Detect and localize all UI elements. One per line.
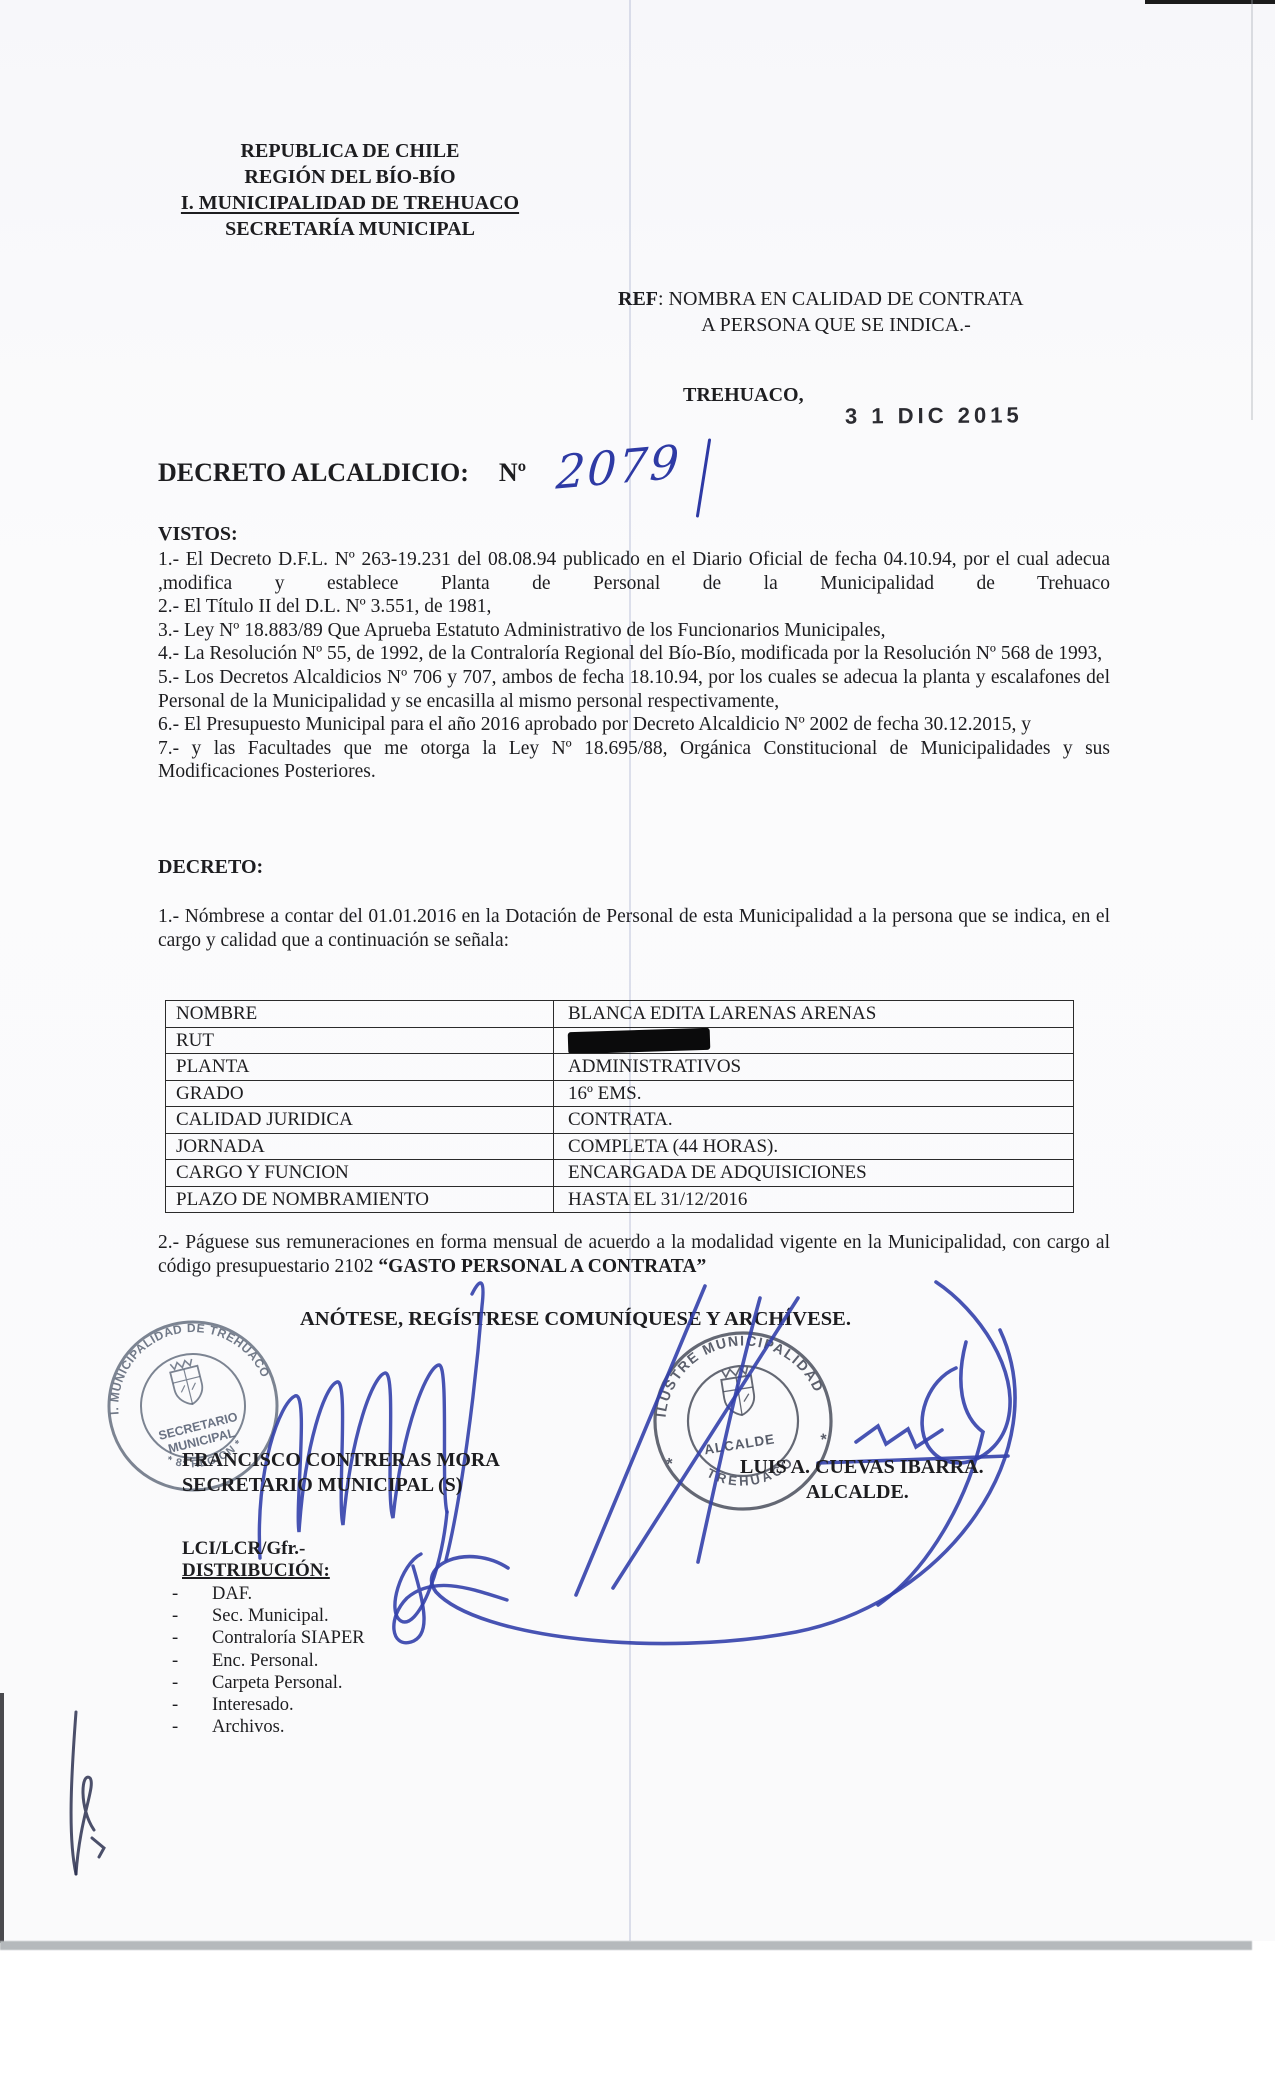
distribution-list: -DAF.-Sec. Municipal.-Contraloría SIAPER… <box>172 1583 365 1738</box>
table-row-label: NOMBRE <box>166 1001 554 1027</box>
table-row-label: PLAZO DE NOMBRAMIENTO <box>166 1187 554 1213</box>
distribution-item: -DAF. <box>172 1583 365 1605</box>
distribution-dash: - <box>172 1650 212 1672</box>
distribution-item: -Sec. Municipal. <box>172 1605 365 1627</box>
letterhead-country: REPUBLICA DE CHILE <box>150 138 550 164</box>
vistos-item-4: 4.- La Resolución Nº 55, de 1992, de la … <box>158 642 1110 666</box>
ref-block: REF: NOMBRA EN CALIDAD DE CONTRATA A PER… <box>618 286 1054 338</box>
vistos-item-3: 3.- Ley Nº 18.883/89 Que Aprueba Estatut… <box>158 619 1110 643</box>
initials-line: LCI/LCR/Gfr.- <box>182 1538 305 1560</box>
mayor-role: ALCALDE. <box>806 1480 984 1505</box>
distribution-item: -Carpeta Personal. <box>172 1672 365 1694</box>
table-row-label: PLANTA <box>166 1054 554 1080</box>
letterhead: REPUBLICA DE CHILE REGIÓN DEL BÍO-BÍO I.… <box>150 138 550 242</box>
stamp-right-star-left: * <box>666 1455 676 1473</box>
decreto-paragraph-2: 2.- Páguese sus remuneraciones en forma … <box>158 1231 1110 1278</box>
vistos-item-2: 2.- El Título II del D.L. Nº 3.551, de 1… <box>158 595 1110 619</box>
table-row-value: 16º EMS. <box>554 1081 1073 1107</box>
letterhead-municipality: I. MUNICIPALIDAD DE TREHUACO <box>150 190 550 216</box>
ref-line2: A PERSONA QUE SE INDICA.- <box>618 312 1054 338</box>
decree-title-line: DECRETO ALCALDICIO:Nº <box>158 458 526 488</box>
table-row-label: RUT <box>166 1028 554 1054</box>
distribution-dash: - <box>172 1627 212 1649</box>
paragraph-2-bold: “GASTO PERSONAL A CONTRATA” <box>378 1256 706 1277</box>
ref-line1: REF: NOMBRA EN CALIDAD DE CONTRATA <box>618 286 1054 312</box>
table-row-value: CONTRATA. <box>554 1107 1073 1133</box>
table-row: RUT <box>166 1028 1073 1055</box>
signature-block-mayor: LUIS A. CUEVAS IBARRA. ALCALDE. <box>740 1455 984 1505</box>
vistos-item-7: 7.- y las Facultades que me otorga la Le… <box>158 737 1110 784</box>
vistos-list: 1.- El Decreto D.F.L. Nº 263-19.231 del … <box>158 548 1110 784</box>
vistos-item-6: 6.- El Presupuesto Municipal para el año… <box>158 713 1110 737</box>
scanned-decree-page: REPUBLICA DE CHILE REGIÓN DEL BÍO-BÍO I.… <box>0 0 1275 2100</box>
distribution-text: Carpeta Personal. <box>212 1672 343 1694</box>
paper-bottom-shadow <box>0 1941 1252 1950</box>
table-row-value: HASTA EL 31/12/2016 <box>554 1187 1073 1213</box>
decree-title: DECRETO ALCALDICIO: <box>158 458 469 487</box>
distribution-dash: - <box>172 1605 212 1627</box>
distribution-text: Archivos. <box>212 1716 284 1738</box>
table-row-label: JORNADA <box>166 1134 554 1160</box>
scan-edge-artifact-left <box>0 1693 4 1943</box>
table-row-label: GRADO <box>166 1081 554 1107</box>
signature-block-secretary: FRANCISCO CONTRERAS MORA SECRETARIO MUNI… <box>182 1448 500 1498</box>
distribution-item: -Interesado. <box>172 1694 365 1716</box>
distribution-item: -Archivos. <box>172 1716 365 1738</box>
vistos-item-1: 1.- El Decreto D.F.L. Nº 263-19.231 del … <box>158 548 1110 595</box>
table-row-value <box>554 1028 1073 1054</box>
distribution-dash: - <box>172 1716 212 1738</box>
distribution-dash: - <box>172 1583 212 1605</box>
handwritten-decree-number: 2079 <box>555 434 682 499</box>
vistos-item-5: 5.- Los Decretos Alcaldicios Nº 706 y 70… <box>158 666 1110 713</box>
secretary-role: SECRETARIO MUNICIPAL (S) <box>182 1473 500 1498</box>
secretary-name: FRANCISCO CONTRERAS MORA <box>182 1448 500 1473</box>
distribution-title: DISTRIBUCIÓN: <box>182 1560 330 1582</box>
redaction-bar <box>568 1028 711 1054</box>
letterhead-region: REGIÓN DEL BÍO-BÍO <box>150 164 550 190</box>
scan-edge-artifact-right <box>1251 0 1253 420</box>
decreto-paragraph-1: 1.- Nómbrese a contar del 01.01.2016 en … <box>158 905 1110 952</box>
table-row: PLANTAADMINISTRATIVOS <box>166 1054 1073 1081</box>
distribution-text: Enc. Personal. <box>212 1650 318 1672</box>
distribution-item: -Contraloría SIAPER <box>172 1627 365 1649</box>
table-row-value: COMPLETA (44 HORAS). <box>554 1134 1073 1160</box>
vistos-section: VISTOS: 1.- El Decreto D.F.L. Nº 263-19.… <box>158 523 1110 784</box>
letterhead-office: SECRETARÍA MUNICIPAL <box>150 216 550 242</box>
table-row: GRADO16º EMS. <box>166 1081 1073 1108</box>
decree-number-label: Nº <box>499 458 526 487</box>
table-row: NOMBREBLANCA EDITA LARENAS ARENAS <box>166 1001 1073 1028</box>
table-row: CALIDAD JURIDICACONTRATA. <box>166 1107 1073 1134</box>
vistos-title: VISTOS: <box>158 523 1110 546</box>
distribution-dash: - <box>172 1672 212 1694</box>
ref-label: REF <box>618 288 658 310</box>
distribution-text: Interesado. <box>212 1694 294 1716</box>
table-row-value: BLANCA EDITA LARENAS ARENAS <box>554 1001 1073 1027</box>
scan-edge-artifact-top <box>1145 0 1275 4</box>
table-row-label: CARGO Y FUNCION <box>166 1160 554 1186</box>
table-row: PLAZO DE NOMBRAMIENTOHASTA EL 31/12/2016 <box>166 1187 1073 1213</box>
distribution-text: Contraloría SIAPER <box>212 1627 365 1649</box>
table-row-value: ENCARGADA DE ADQUISICIONES <box>554 1160 1073 1186</box>
ref-line1-text: : NOMBRA EN CALIDAD DE CONTRATA <box>658 288 1024 310</box>
date-stamp: 3 1 DIC 2015 <box>845 402 1023 429</box>
decreto-title: DECRETO: <box>158 856 263 879</box>
table-row: CARGO Y FUNCIONENCARGADA DE ADQUISICIONE… <box>166 1160 1073 1187</box>
distribution-dash: - <box>172 1694 212 1716</box>
appointment-table: NOMBREBLANCA EDITA LARENAS ARENASRUTPLAN… <box>165 1000 1074 1213</box>
table-row: JORNADACOMPLETA (44 HORAS). <box>166 1134 1073 1161</box>
table-row-value: ADMINISTRATIVOS <box>554 1054 1073 1080</box>
place-line: TREHUACO, <box>683 384 804 407</box>
mayor-name: LUIS A. CUEVAS IBARRA. <box>740 1455 984 1480</box>
distribution-text: Sec. Municipal. <box>212 1605 329 1627</box>
distribution-item: -Enc. Personal. <box>172 1650 365 1672</box>
distribution-text: DAF. <box>212 1583 252 1605</box>
table-row-label: CALIDAD JURIDICA <box>166 1107 554 1133</box>
stamp-right-center-text: ALCALDE <box>703 1431 776 1457</box>
